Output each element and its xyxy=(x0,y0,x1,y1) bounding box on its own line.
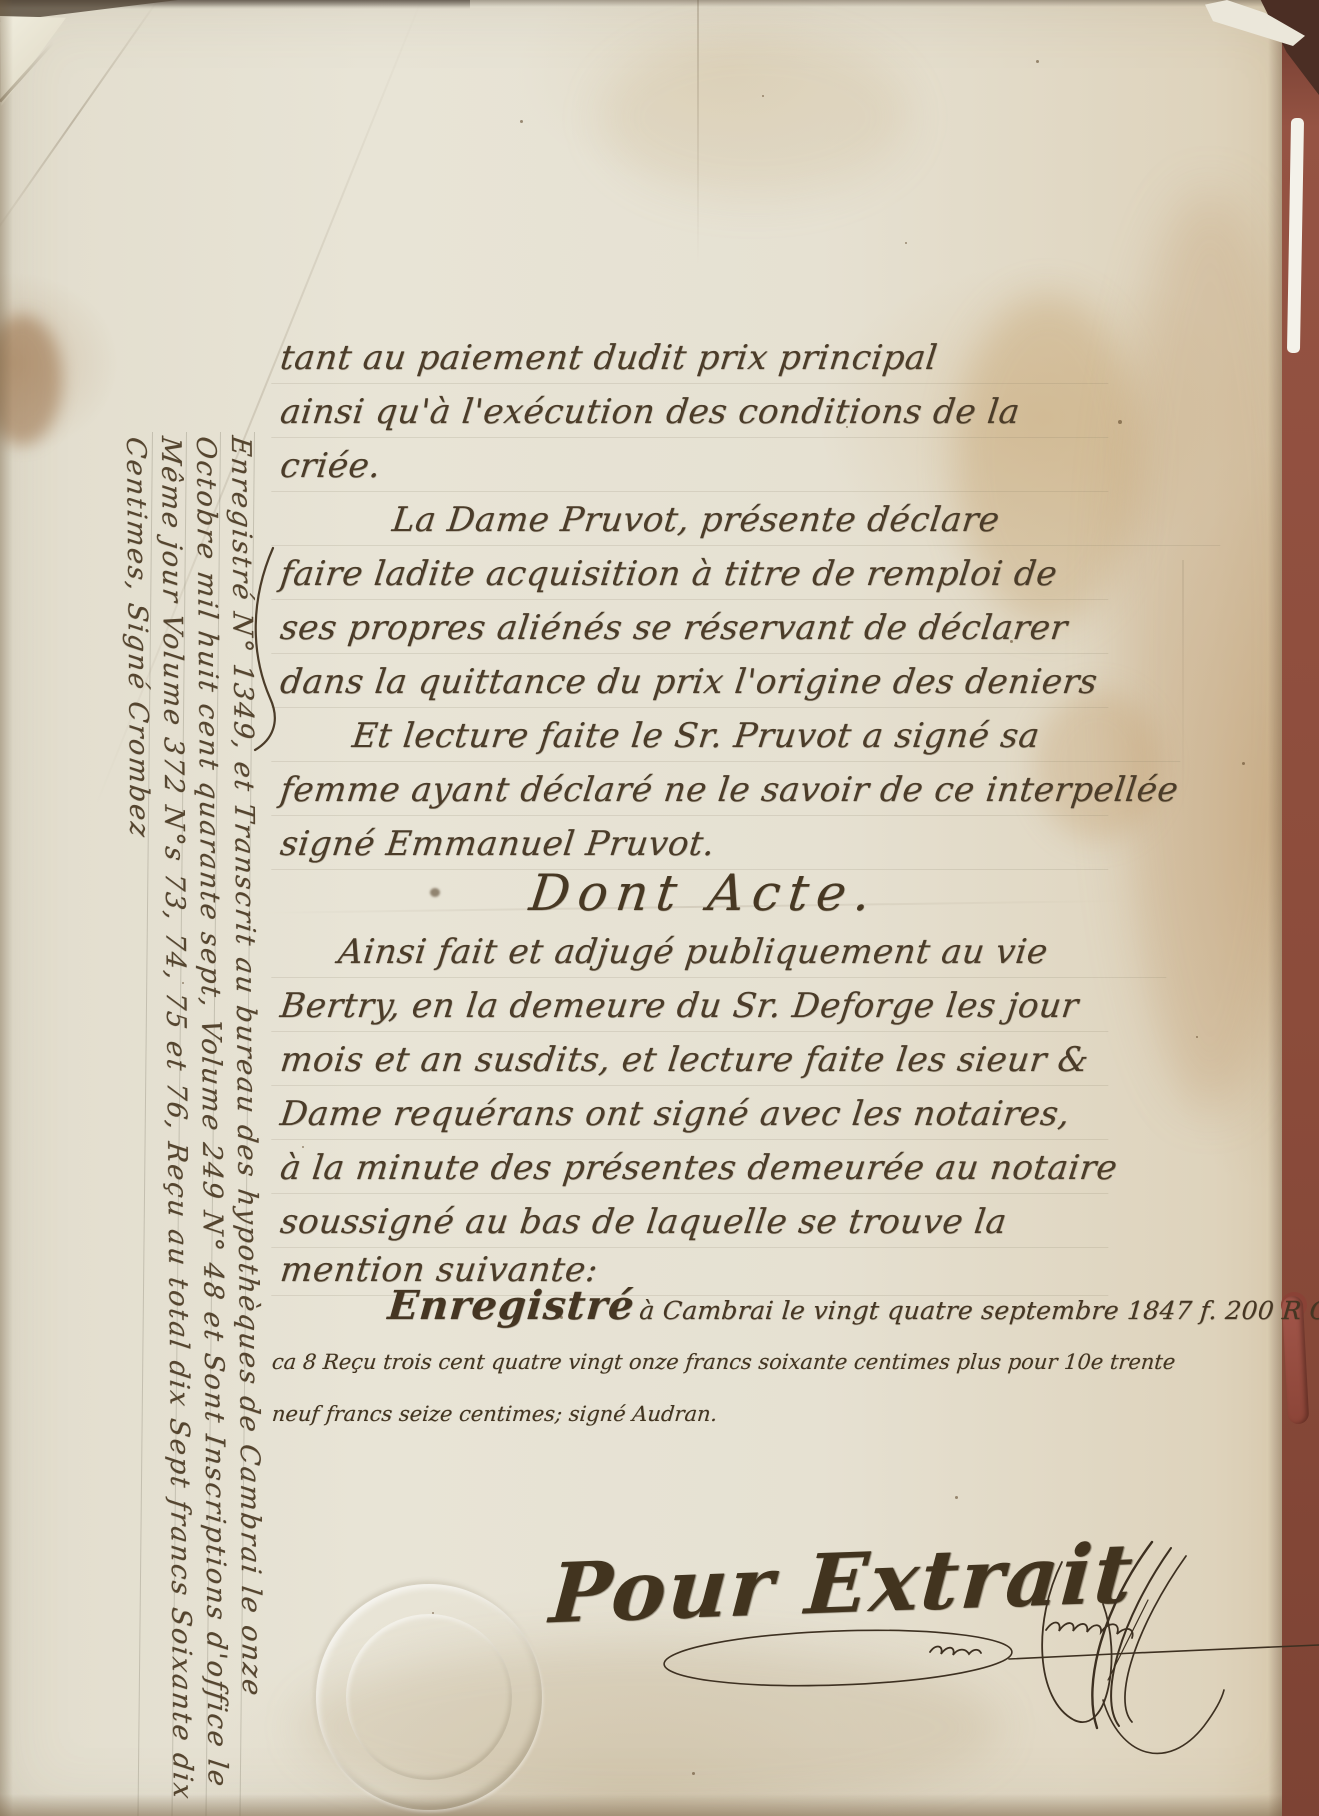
paper-sheet: Enregistré N° 1349, et Transcrit au bure… xyxy=(0,0,1319,1816)
speck xyxy=(520,120,523,123)
deed-line: Et lecture faite le Sr. Pruvot a signé s… xyxy=(278,716,1200,756)
margin-note: Enregistré N° 1349, et Transcrit au bure… xyxy=(118,436,270,1807)
deed-line: soussigné au bas de laquelle se trouve l… xyxy=(278,1202,1128,1242)
speck xyxy=(905,242,907,244)
registration-line: neuf francs seize centimes; signé Audran… xyxy=(271,1402,718,1426)
speck xyxy=(1036,60,1039,63)
stain xyxy=(600,35,910,200)
deed-line: femme ayant déclaré ne le savoir de ce i… xyxy=(278,770,1128,810)
deed-line: ainsi qu'à l'exécution des conditions de… xyxy=(278,392,1128,432)
pour-extrait-title: Pour Extrait xyxy=(547,1526,1138,1643)
deed-line: Ainsi fait et adjugé publiquement au vie xyxy=(278,932,1186,972)
deed-line: Bertry, en la demeure du Sr. Deforge les… xyxy=(278,986,1128,1026)
embossed-notarial-seal xyxy=(316,1584,542,1810)
registration-lead-word: Enregistré xyxy=(386,1282,637,1329)
registration-line: Enregistré à Cambrai le vingt quatre sep… xyxy=(386,1282,1319,1329)
embossed-seal-inner-ring xyxy=(346,1614,512,1780)
deed-line: à la minute des présentes demeurée au no… xyxy=(278,1148,1128,1188)
fold-crease xyxy=(697,0,699,265)
deed-line: ses propres aliénés se réservant de décl… xyxy=(278,608,1128,648)
deed-line: La Dame Pruvot, présente déclare xyxy=(278,500,1240,540)
speck xyxy=(955,1496,958,1499)
speck xyxy=(692,1772,695,1775)
scanned-document: Enregistré N° 1349, et Transcrit au bure… xyxy=(0,0,1319,1816)
fold-crease xyxy=(1182,560,1184,820)
deed-line: Dame requérans ont signé avec les notair… xyxy=(278,1094,1128,1134)
deed-line: faire ladite acquisition à titre de remp… xyxy=(278,554,1128,594)
deed-line: signé Emmanuel Pruvot. xyxy=(278,824,1128,864)
stain xyxy=(1035,690,1160,840)
dont-acte-heading: Dont Acte. xyxy=(278,864,1130,922)
deed-line: criée. xyxy=(278,446,1128,486)
deed-line: mois et an susdits, et lecture faite les… xyxy=(278,1040,1128,1080)
deed-line: tant au paiement dudit prix principal xyxy=(278,338,1128,378)
speck xyxy=(1242,762,1245,765)
page-left-edge xyxy=(0,0,13,1816)
speck xyxy=(762,95,764,97)
speck xyxy=(1196,1036,1198,1038)
registration-line: ca 8 Reçu trois cent quatre vingt onze f… xyxy=(271,1350,1176,1374)
registration-line-rest: à Cambrai le vingt quatre septembre 1847… xyxy=(638,1296,1319,1325)
deed-line: dans la quittance du prix l'origine des … xyxy=(278,662,1128,702)
